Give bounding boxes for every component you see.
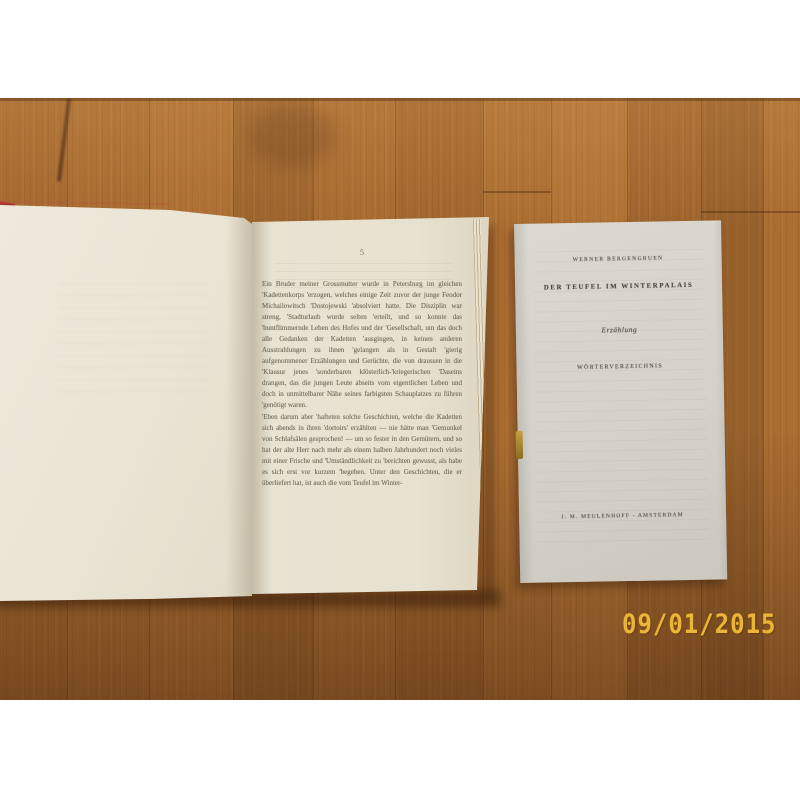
date-stamp: 09/01/2015 <box>622 608 777 639</box>
book-right-page: 5 Ein Bruder meiner Grossmutter wurde in… <box>252 215 489 596</box>
page-number: 5 <box>262 248 462 257</box>
gold-tab <box>516 431 523 459</box>
photo-top-edge <box>0 98 800 101</box>
book-left-page-blank <box>0 205 252 601</box>
page-showthrough <box>58 283 208 403</box>
book-text: Ein Bruder meiner Grossmutter wurde in P… <box>262 279 462 490</box>
pamphlet-showthrough <box>532 249 709 552</box>
pamphlet: WERNER BERGENGRUEN DER TEUFEL IM WINTERP… <box>514 220 727 583</box>
photograph: 5 Ein Bruder meiner Grossmutter wurde in… <box>0 98 800 700</box>
book-paragraph: Ein Bruder meiner Grossmutter wurde in P… <box>262 279 462 411</box>
photo-frame: 5 Ein Bruder meiner Grossmutter wurde in… <box>0 0 800 800</box>
book-paragraph: 'Eben darum aber 'hafteten solche Geschi… <box>262 412 462 489</box>
